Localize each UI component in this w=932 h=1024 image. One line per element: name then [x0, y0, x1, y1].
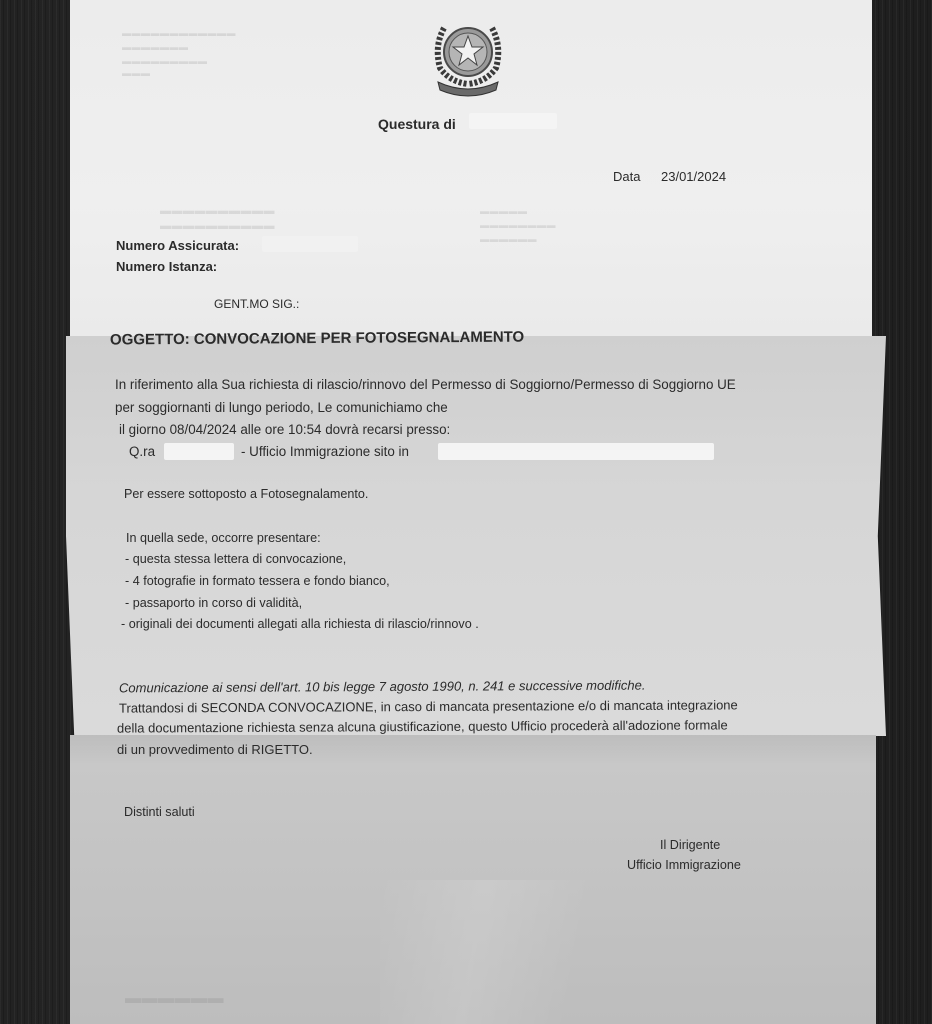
date-value: 23/01/2024 — [661, 169, 726, 184]
show-through-text: ▬▬▬▬▬▬ — [125, 990, 224, 1008]
body-line-2: per soggiornanti di lungo periodo, Le co… — [115, 400, 448, 415]
repubblica-italiana-emblem-icon — [430, 14, 506, 98]
redacted-numero-assicurata — [262, 236, 358, 252]
closing-greeting: Distinti saluti — [124, 805, 195, 819]
show-through-text: ▬▬▬▬▬▬▬▬▬▬ — [160, 220, 275, 232]
salutation: GENT.MO SIG.: — [214, 297, 299, 311]
signatory-office: Ufficio Immigrazione — [627, 858, 741, 872]
fold-highlight — [380, 880, 620, 1024]
redacted-address — [438, 443, 714, 460]
show-through-text: ▬▬▬▬▬▬ — [480, 234, 537, 244]
body-line-1: In riferimento alla Sua richiesta di ril… — [115, 377, 736, 392]
show-through-text: ▬▬▬▬▬▬▬▬▬▬ — [160, 205, 275, 217]
legal-line-3: della documentazione richiesta senza alc… — [117, 717, 728, 735]
requirement-item: - 4 fotografie in formato tessera e fond… — [125, 574, 390, 588]
numero-istanza-label: Numero Istanza: — [116, 259, 217, 274]
signatory-title: Il Dirigente — [660, 838, 720, 852]
requirement-item: - questa stessa lettera di convocazione, — [125, 552, 346, 566]
requirements-intro: In quella sede, occorre presentare: — [126, 531, 321, 545]
redacted-city — [469, 113, 557, 129]
numero-assicurata-label: Numero Assicurata: — [116, 238, 239, 253]
show-through-text: ▬▬▬▬▬▬▬▬ — [480, 220, 556, 230]
appointment-line: il giorno 08/04/2024 alle ore 10:54 dovr… — [119, 422, 450, 437]
show-through-text: ▬▬▬▬▬▬▬▬▬ — [122, 56, 208, 66]
office-line: - Ufficio Immigrazione sito in — [241, 444, 409, 459]
letter-paper: ▬▬▬▬▬▬▬▬▬▬▬▬ ▬▬▬▬▬▬▬ ▬▬▬▬▬▬▬▬▬ ▬▬▬ ▬▬▬▬▬… — [0, 0, 932, 1024]
show-through-text: ▬▬▬ — [122, 68, 151, 78]
office-prefix: Q.ra — [129, 444, 155, 459]
requirement-item: - passaporto in corso di validità, — [125, 596, 302, 610]
questura-title: Questura di — [378, 116, 456, 132]
date-label: Data — [613, 169, 640, 184]
legal-line-4: di un provvedimento di RIGETTO. — [117, 742, 313, 757]
subject-heading: OGGETTO: CONVOCAZIONE PER FOTOSEGNALAMEN… — [110, 329, 524, 349]
purpose-line: Per essere sottoposto a Fotosegnalamento… — [124, 487, 368, 501]
legal-line-1: Comunicazione ai sensi dell'art. 10 bis … — [119, 678, 645, 696]
show-through-text: ▬▬▬▬▬▬▬▬▬▬▬▬ — [122, 28, 236, 38]
requirement-item: - originali dei documenti allegati alla … — [121, 617, 479, 631]
show-through-text: ▬▬▬▬▬▬▬ — [122, 42, 189, 52]
redacted-office-name — [164, 443, 234, 460]
show-through-text: ▬▬▬▬▬ — [480, 206, 528, 216]
